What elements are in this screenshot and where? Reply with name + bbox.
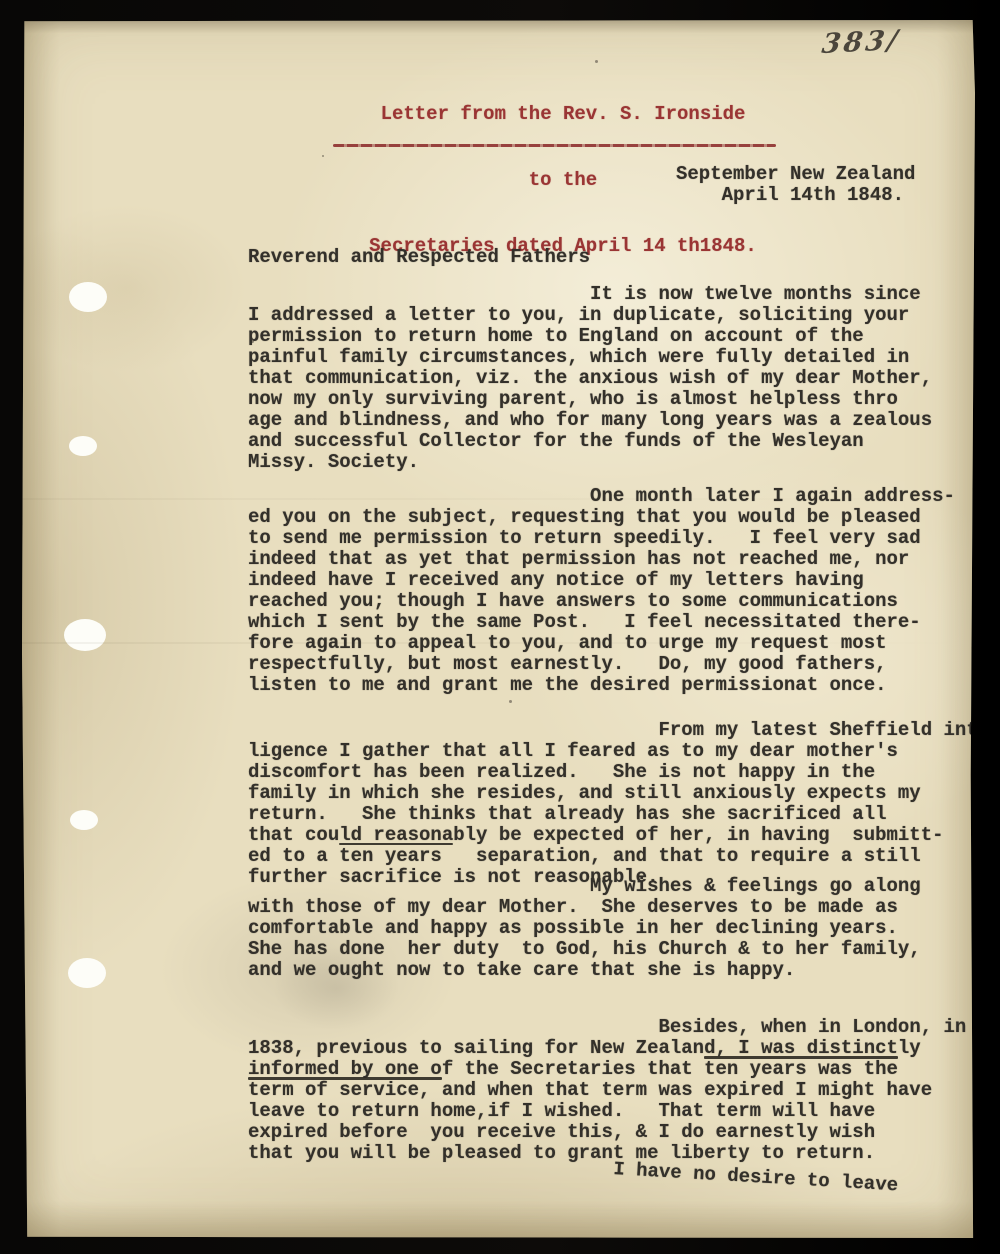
dateline: September New Zealand April 14th 1848. [676,164,915,206]
paragraph-3-text: From my latest Sheffield intel- ligence … [248,719,1000,888]
punch-hole [68,958,106,988]
heading-underline-rule [333,144,776,147]
punch-hole [69,282,107,312]
scan-background: 383/ Letter from the Rev. S. Ironside to… [0,0,1000,1254]
paragraph-1: It is now twelve months since I addresse… [248,284,932,473]
underline-term-of-service [248,1077,442,1080]
archive-number-annotation: 383/ [820,21,974,60]
paragraph-4-text: My wishes & feelings go along with those… [248,875,921,981]
letter-page: 383/ Letter from the Rev. S. Ironside to… [22,20,975,1238]
punch-hole [69,436,97,456]
paragraph-2-text: One month later I again address- ed you … [248,485,955,696]
punch-hole [64,619,106,651]
underline-ten-years-was-the [704,1056,898,1059]
punch-hole [70,810,98,830]
paragraph-5-text: Besides, when in London, in 1838, previo… [248,1016,966,1164]
paragraph-1-text: It is now twelve months since I addresse… [248,283,932,473]
heading-line-1: Letter from the Rev. S. Ironside [248,103,878,125]
paragraph-4: My wishes & feelings go along with those… [248,876,921,981]
paragraph-2: One month later I again address- ed you … [248,486,955,696]
salutation: Reverend and Respected Fathers [248,247,590,268]
underline-ten-years [339,843,453,845]
